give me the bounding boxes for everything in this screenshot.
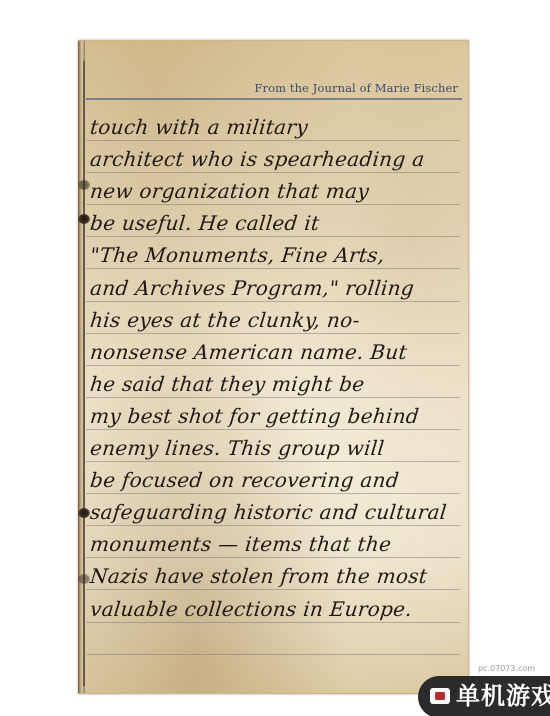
header-rule bbox=[86, 98, 462, 100]
journal-line: valuable collections in Europe. bbox=[88, 595, 461, 627]
journal-line: nonsense American name. But bbox=[88, 338, 461, 370]
journal-line: Nazis have stolen from the most bbox=[88, 562, 461, 594]
watermark-url: pc.07073.com bbox=[478, 664, 535, 673]
binding-hole-icon bbox=[78, 180, 90, 190]
binding-stitch-line bbox=[83, 61, 85, 686]
journal-header: From the Journal of Marie Fischer bbox=[254, 81, 458, 95]
journal-line: enemy lines. This group will bbox=[88, 434, 461, 466]
journal-page: From the Journal of Marie Fischer touch … bbox=[78, 40, 469, 694]
journal-line: safeguarding historic and cultural bbox=[88, 498, 461, 530]
journal-line: his eyes at the clunky, no- bbox=[88, 306, 461, 338]
binding-hole-icon bbox=[78, 574, 90, 584]
watermark-text: 单机游戏 bbox=[456, 680, 550, 712]
journal-line: new organization that may bbox=[88, 177, 461, 209]
binding-hole-icon bbox=[78, 214, 90, 224]
gamepad-logo-icon bbox=[430, 688, 450, 704]
journal-line: be useful. He called it bbox=[88, 209, 461, 241]
journal-line: my best shot for getting behind bbox=[88, 402, 461, 434]
journal-line: touch with a military bbox=[88, 113, 461, 145]
journal-line: "The Monuments, Fine Arts, bbox=[88, 241, 461, 273]
ruled-line bbox=[86, 654, 460, 655]
journal-line: he said that they might be bbox=[88, 370, 461, 402]
journal-line: and Archives Program," rolling bbox=[88, 274, 461, 306]
journal-line: architect who is spearheading a bbox=[88, 145, 461, 177]
journal-line: monuments — items that the bbox=[88, 530, 461, 562]
binding-hole-icon bbox=[78, 508, 90, 518]
watermark-badge: 单机游戏 bbox=[418, 676, 550, 716]
journal-line: be focused on recovering and bbox=[88, 466, 461, 498]
